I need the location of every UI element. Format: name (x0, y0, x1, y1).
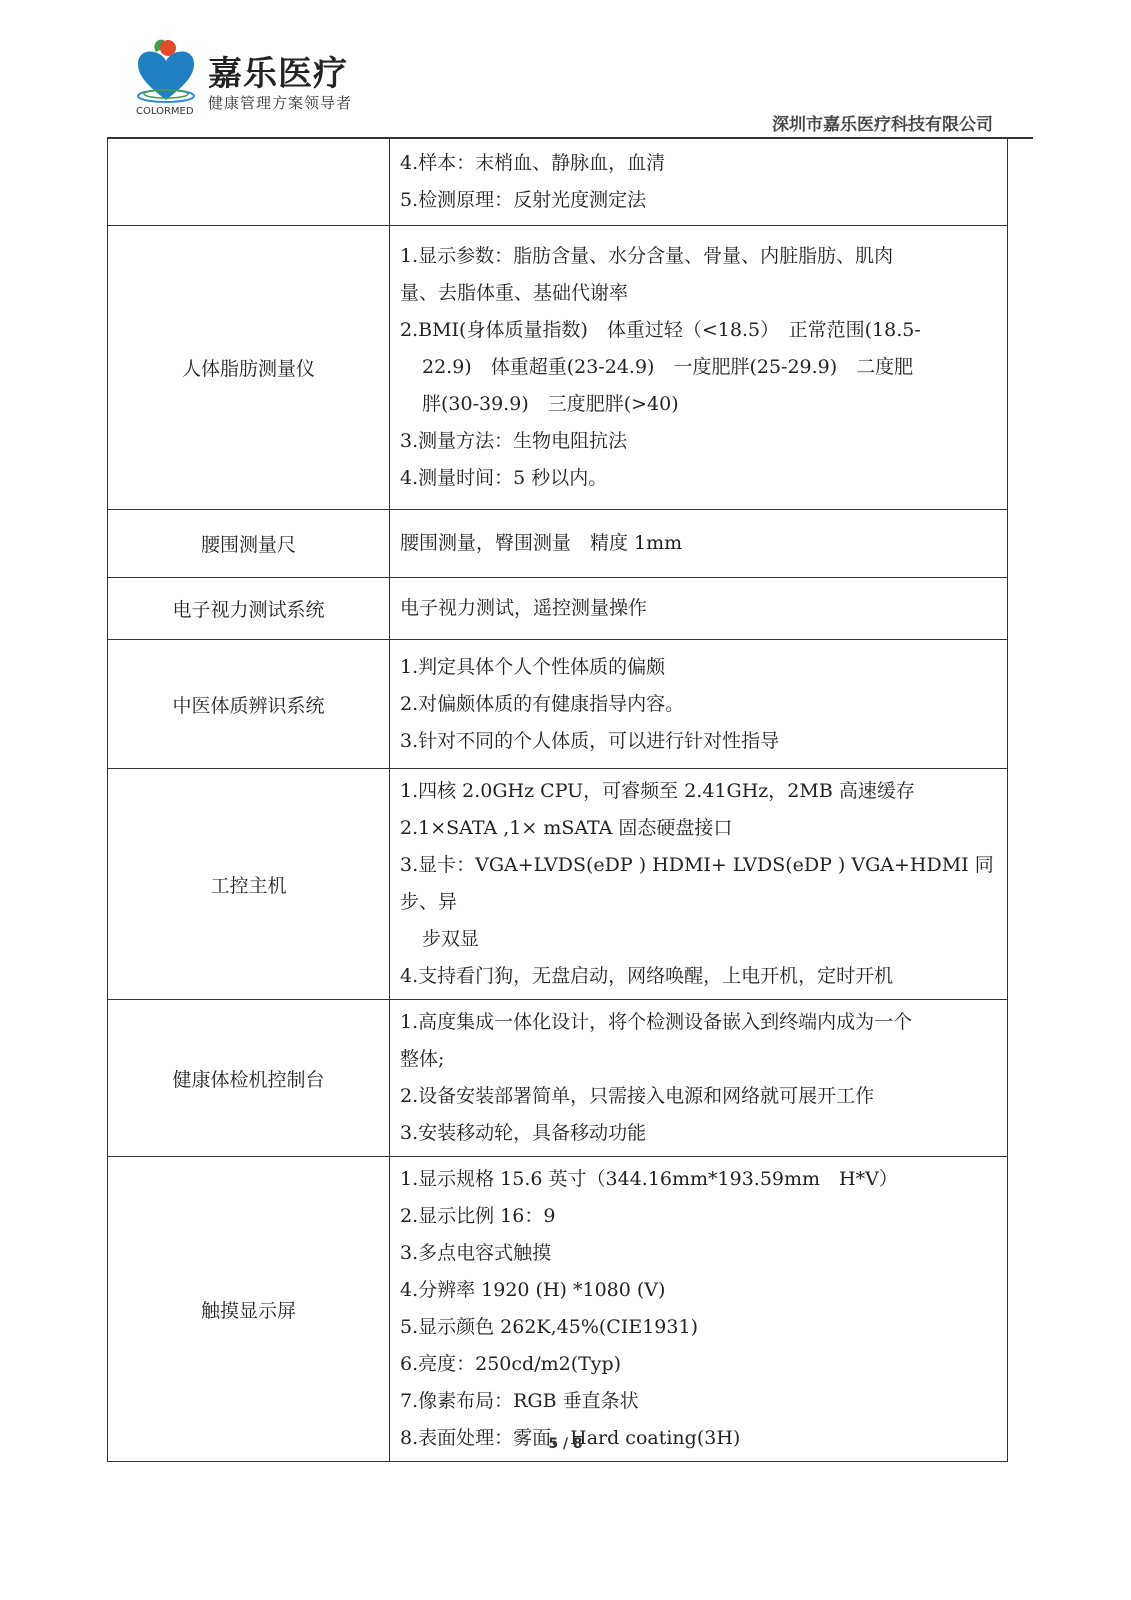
item-spec-cell: 1.四核 2.0GHz CPU，可睿频至 2.41GHz，2MB 高速缓存2.1… (390, 769, 1008, 1000)
table-row: 触摸显示屏1.显示规格 15.6 英寸（344.16mm*193.59mm H*… (108, 1157, 1008, 1462)
item-spec-cell: 1.显示规格 15.6 英寸（344.16mm*193.59mm H*V）2.显… (390, 1157, 1008, 1462)
item-name-cell: 中医体质辨识系统 (108, 640, 390, 769)
logo-brand-cn: 嘉乐医疗 (208, 46, 348, 95)
spec-line: 3.测量方法：生物电阻抗法 (400, 423, 999, 460)
spec-line: 4.测量时间：5 秒以内。 (400, 460, 999, 497)
logo-slogan: 健康管理方案领导者 (208, 92, 352, 113)
spec-line: 1.显示规格 15.6 英寸（344.16mm*193.59mm H*V） (400, 1161, 999, 1198)
spec-line: 6.亮度：250cd/m2(Typ) (400, 1346, 999, 1383)
item-name-cell: 人体脂肪测量仪 (108, 226, 390, 510)
spec-line: 整体; (400, 1041, 999, 1078)
spec-line: 4.分辨率 1920 (H) *1080 (V) (400, 1272, 999, 1309)
table-row: 工控主机1.四核 2.0GHz CPU，可睿频至 2.41GHz，2MB 高速缓… (108, 769, 1008, 1000)
spec-line: 胖(30-39.9) 三度肥胖(>40) (400, 386, 999, 423)
spec-line: 22.9) 体重超重(23-24.9) 一度肥胖(25-29.9) 二度肥 (400, 349, 999, 386)
spec-line: 3.多点电容式触摸 (400, 1235, 999, 1272)
item-name-cell: 健康体检机控制台 (108, 1000, 390, 1157)
spec-line: 电子视力测试，遥控测量操作 (400, 590, 999, 627)
spec-line: 2.1×SATA ,1× mSATA 固态硬盘接口 (400, 810, 999, 847)
page-number: 5 / 8 (0, 1436, 1131, 1452)
item-name-cell: 电子视力测试系统 (108, 578, 390, 640)
item-name-cell: 触摸显示屏 (108, 1157, 390, 1462)
spec-line: 4.支持看门狗，无盘启动，网络唤醒，上电开机，定时开机 (400, 958, 999, 995)
company-logo: COLORMED 嘉乐医疗 健康管理方案领导者 (134, 34, 364, 124)
spec-line: 3.显卡：VGA+LVDS(eDP ) HDMI+ LVDS(eDP ) VGA… (400, 847, 999, 921)
spec-line: 3.针对不同的个人体质，可以进行针对性指导 (400, 723, 999, 760)
company-name: 深圳市嘉乐医疗科技有限公司 (772, 110, 993, 135)
spec-line: 5.检测原理：反射光度测定法 (400, 182, 999, 219)
item-name-cell (108, 139, 390, 226)
item-name-cell: 腰围测量尺 (108, 510, 390, 578)
spec-line: 7.像素布局：RGB 垂直条状 (400, 1383, 999, 1420)
spec-line: 1.显示参数：脂肪含量、水分含量、骨量、内脏脂肪、肌肉 (400, 238, 999, 275)
table-row: 电子视力测试系统电子视力测试，遥控测量操作 (108, 578, 1008, 640)
item-name-cell: 工控主机 (108, 769, 390, 1000)
item-spec-cell: 腰围测量，臀围测量 精度 1mm (390, 510, 1008, 578)
spec-line: 腰围测量，臀围测量 精度 1mm (400, 525, 999, 562)
table-row: 腰围测量尺腰围测量，臀围测量 精度 1mm (108, 510, 1008, 578)
table-row: 4.样本：末梢血、静脉血，血清5.检测原理：反射光度测定法 (108, 139, 1008, 226)
spec-line: 2.显示比例 16：9 (400, 1198, 999, 1235)
spec-line: 1.高度集成一体化设计，将个检测设备嵌入到终端内成为一个 (400, 1004, 999, 1041)
table-row: 健康体检机控制台1.高度集成一体化设计，将个检测设备嵌入到终端内成为一个整体;2… (108, 1000, 1008, 1157)
spec-line: 5.显示颜色 262K,45%(CIE1931) (400, 1309, 999, 1346)
spec-line: 2.BMI(身体质量指数) 体重过轻（<18.5） 正常范围(18.5- (400, 312, 999, 349)
item-spec-cell: 1.判定具体个人个性体质的偏颇2.对偏颇体质的有健康指导内容。3.针对不同的个人… (390, 640, 1008, 769)
table-row: 中医体质辨识系统1.判定具体个人个性体质的偏颇2.对偏颇体质的有健康指导内容。3… (108, 640, 1008, 769)
spec-line: 步双显 (400, 921, 999, 958)
table-row: 人体脂肪测量仪1.显示参数：脂肪含量、水分含量、骨量、内脏脂肪、肌肉量、去脂体重… (108, 226, 1008, 510)
spec-table: 4.样本：末梢血、静脉血，血清5.检测原理：反射光度测定法人体脂肪测量仪1.显示… (107, 138, 1008, 1462)
spec-line: 3.安装移动轮，具备移动功能 (400, 1115, 999, 1152)
item-spec-cell: 1.显示参数：脂肪含量、水分含量、骨量、内脏脂肪、肌肉量、去脂体重、基础代谢率2… (390, 226, 1008, 510)
spec-line: 1.四核 2.0GHz CPU，可睿频至 2.41GHz，2MB 高速缓存 (400, 773, 999, 810)
item-spec-cell: 4.样本：末梢血、静脉血，血清5.检测原理：反射光度测定法 (390, 139, 1008, 226)
spec-line: 2.设备安装部署简单，只需接入电源和网络就可展开工作 (400, 1078, 999, 1115)
spec-line: 1.判定具体个人个性体质的偏颇 (400, 649, 999, 686)
item-spec-cell: 1.高度集成一体化设计，将个检测设备嵌入到终端内成为一个整体;2.设备安装部署简… (390, 1000, 1008, 1157)
item-spec-cell: 电子视力测试，遥控测量操作 (390, 578, 1008, 640)
logo-brand-en: COLORMED (136, 106, 194, 117)
spec-line: 4.样本：末梢血、静脉血，血清 (400, 145, 999, 182)
spec-line: 2.对偏颇体质的有健康指导内容。 (400, 686, 999, 723)
spec-line: 量、去脂体重、基础代谢率 (400, 275, 999, 312)
